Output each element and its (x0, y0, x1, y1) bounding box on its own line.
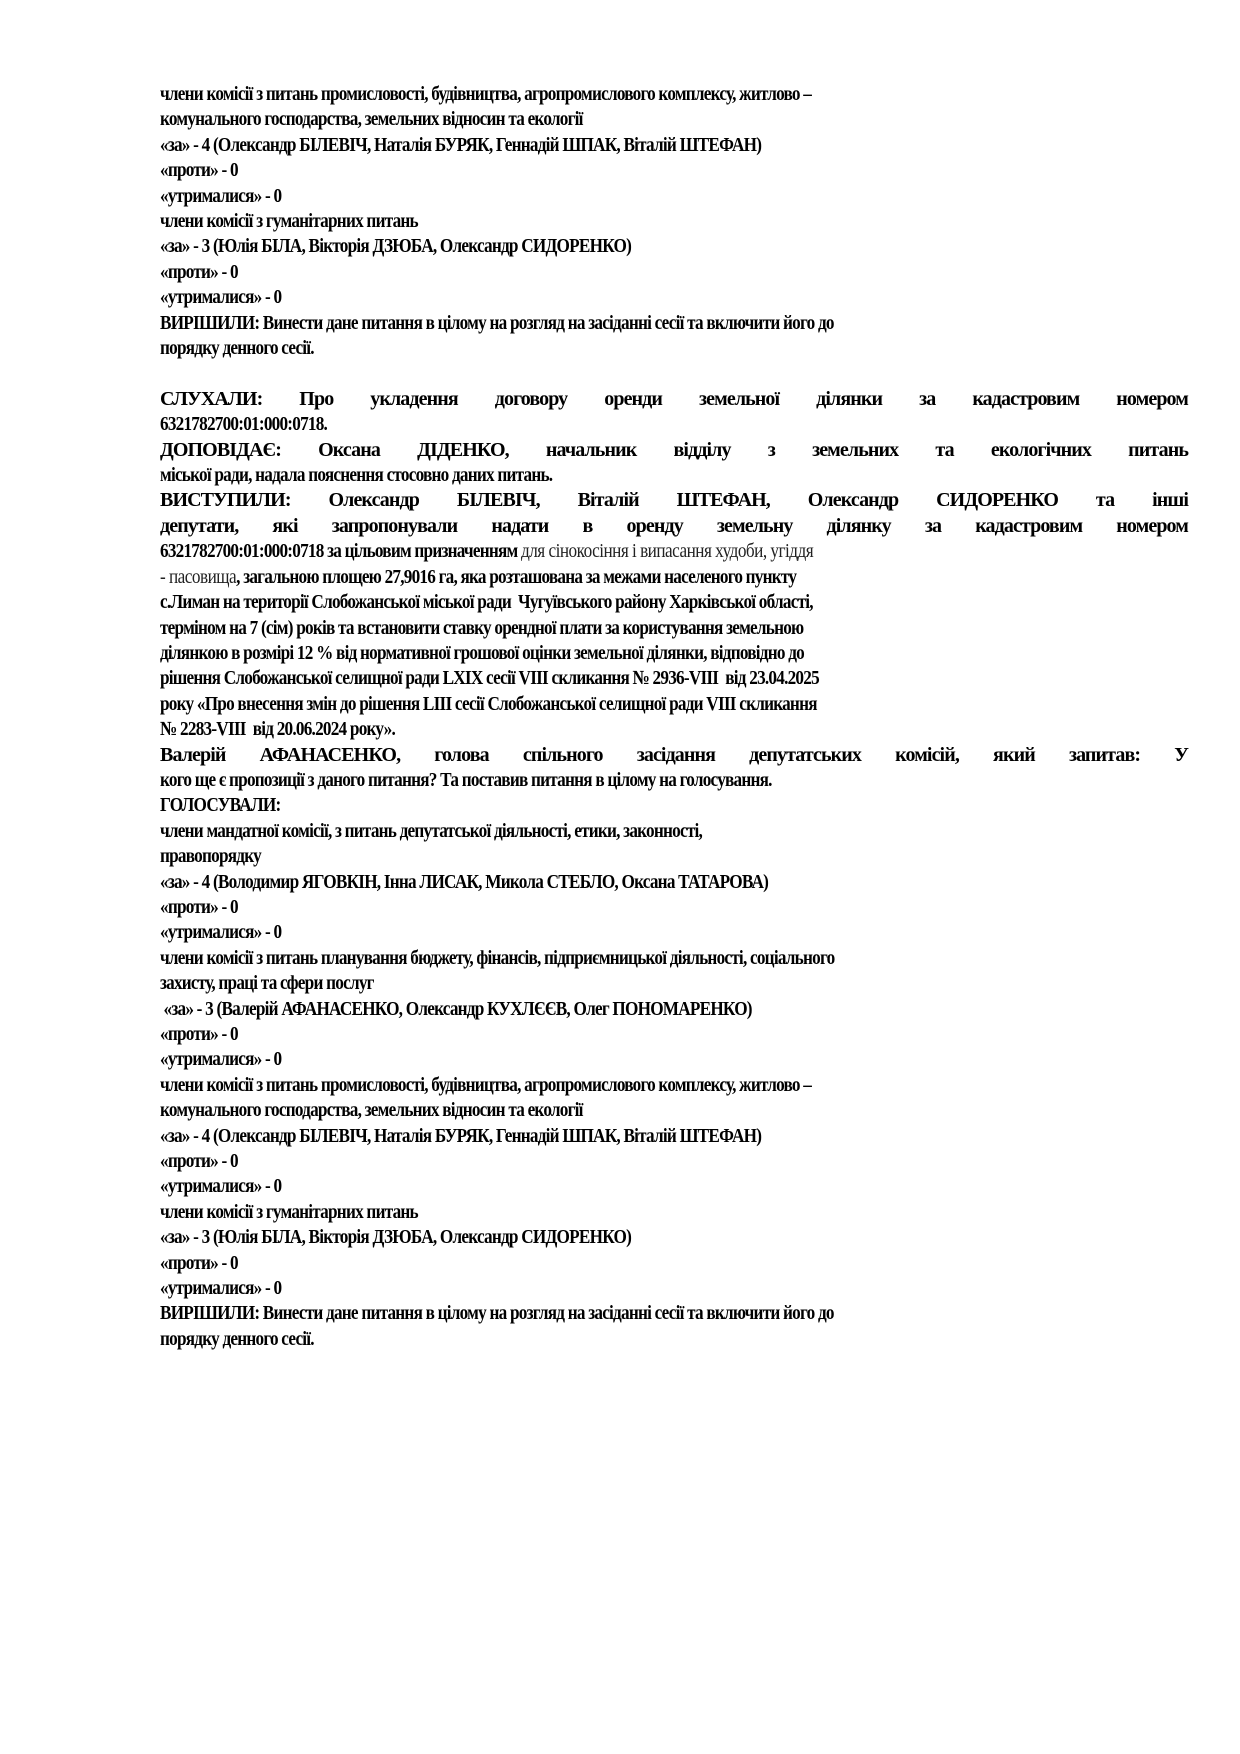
purpose-value: для сінокосіння і випасання худоби, угід… (521, 540, 813, 562)
vote-for: «за» - 4 (Олександр БІЛЕВІЧ, Наталія БУР… (160, 1124, 1044, 1149)
committee-humanitarian-heading: члени комісії з гуманітарних питань (160, 1200, 1044, 1225)
purpose-label: 6321782700:01:000:0718 за цільовим призн… (160, 540, 521, 562)
previous-item-vote-section: члени комісії з питань промисловості, бу… (160, 82, 1188, 361)
location-text: с.Лиман на території Слобожанської міськ… (160, 590, 1044, 615)
land-lease-item-section: СЛУХАЛИ: Про укладення договору оренди з… (160, 387, 1188, 1352)
chair-text: Валерій АФАНАСЕНКО, голова спільного зас… (160, 743, 1188, 768)
paragraph-gap (160, 361, 1188, 386)
vote-against: «проти» - 0 (160, 1149, 1044, 1174)
vote-for: «за» - 3 (Юлія БІЛА, Вікторія ДЗЮБА, Оле… (160, 234, 1044, 259)
cadastral-number: 6321782700:01:000:0718. (160, 412, 1044, 437)
committee-industry-heading: члени комісії з питань промисловості, бу… (160, 1073, 1044, 1098)
term-text: терміном на 7 (сім) років та встановити … (160, 616, 1044, 641)
vote-abstained: «утрималися» - 0 (160, 285, 1044, 310)
vote-abstained: «утрималися» - 0 (160, 1174, 1044, 1199)
committee-industry-heading-cont: комунального господарства, земельних від… (160, 107, 1044, 132)
decision-reference-end: № 2283-VIII від 20.06.2024 року». (160, 717, 1044, 742)
reporter-text: ДОПОВІДАЄ: Оксана ДІДЕНКО, начальник від… (160, 438, 1188, 463)
decision-text-cont: порядку денного сесії. (160, 336, 1044, 361)
committee-budget-heading: члени комісії з питань планування бюджет… (160, 946, 1044, 971)
vote-abstained: «утрималися» - 0 (160, 184, 1044, 209)
vote-abstained: «утрималися» - 0 (160, 1047, 1044, 1072)
land-type: - пасовища (160, 566, 236, 588)
vote-abstained: «утрималися» - 0 (160, 1276, 1044, 1301)
decision-text: ВИРІШИЛИ: Винести дане питання в цілому … (160, 311, 1044, 336)
vote-for: «за» - 3 (Валерій АФАНАСЕНКО, Олександр … (160, 997, 1044, 1022)
speakers-purpose-line: 6321782700:01:000:0718 за цільовим призн… (160, 539, 1044, 564)
vote-abstained: «утрималися» - 0 (160, 920, 1044, 945)
rate-text: ділянкою в розмірі 12 % від нормативної … (160, 641, 1044, 666)
area-text: , загальною площею 27,9016 га, яка розта… (236, 566, 796, 588)
decision-reference-cont: року «Про внесення змін до рішення LIII … (160, 692, 1044, 717)
decision-reference: рішення Слобожанської селищної ради LXIX… (160, 666, 1044, 691)
vote-against: «проти» - 0 (160, 1251, 1044, 1276)
chair-text-cont: кого ще є пропозиції з даного питання? Т… (160, 768, 1044, 793)
committee-industry-heading-cont: комунального господарства, земельних від… (160, 1098, 1044, 1123)
vote-for: «за» - 4 (Олександр БІЛЕВІЧ, Наталія БУР… (160, 133, 1044, 158)
committee-humanitarian-heading: члени комісії з гуманітарних питань (160, 209, 1044, 234)
committee-budget-heading-cont: захисту, праці та сфери послуг (160, 971, 1044, 996)
decision-text-cont: порядку денного сесії. (160, 1327, 1044, 1352)
committee-industry-heading: члени комісії з питань промисловості, бу… (160, 82, 1044, 107)
vote-for: «за» - 3 (Юлія БІЛА, Вікторія ДЗЮБА, Оле… (160, 1225, 1044, 1250)
vote-against: «проти» - 0 (160, 158, 1044, 183)
decision-text: ВИРІШИЛИ: Винести дане питання в цілому … (160, 1301, 1044, 1326)
committee-mandate-heading: члени мандатної комісії, з питань депута… (160, 819, 1044, 844)
vote-against: «проти» - 0 (160, 1022, 1044, 1047)
vote-for: «за» - 4 (Володимир ЯГОВКІН, Інна ЛИСАК,… (160, 870, 1044, 895)
speakers-text: ВИСТУПИЛИ: Олександр БІЛЕВІЧ, Віталій ШТ… (160, 488, 1188, 513)
vote-against: «проти» - 0 (160, 260, 1044, 285)
vote-against: «проти» - 0 (160, 895, 1044, 920)
speakers-area-line: - пасовища, загальною площею 27,9016 га,… (160, 565, 1044, 590)
committee-mandate-heading-cont: правопорядку (160, 844, 1044, 869)
heard-text: СЛУХАЛИ: Про укладення договору оренди з… (160, 387, 1188, 412)
speakers-text-cont: депутати, які запропонували надати в оре… (160, 514, 1188, 539)
reporter-text-cont: міської ради, надала пояснення стосовно … (160, 463, 1044, 488)
document-page: члени комісії з питань промисловості, бу… (160, 82, 1188, 1352)
voted-heading: ГОЛОСУВАЛИ: (160, 793, 1044, 818)
